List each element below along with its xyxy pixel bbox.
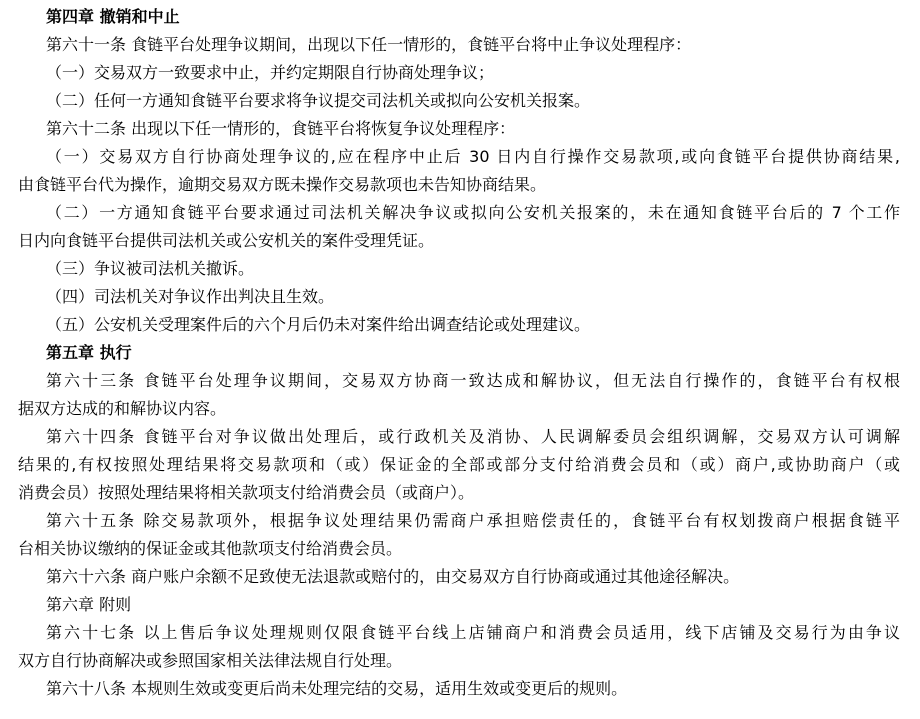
article-61: 第六十一条 食链平台处理争议期间，出现以下任一情形的，食链平台将中止争议处理程序… (46, 31, 900, 59)
chapter-6-heading: 第六章 附则 (46, 591, 900, 619)
article-63-cont: 据双方达成的和解协议内容。 (18, 395, 900, 423)
article-64-cont-1: 结果的,有权按照处理结果将交易款项和（或）保证金的全部或部分支付给消费会员和（或… (18, 451, 900, 479)
article-67-cont: 双方自行协商解决或参照国家相关法律法规自行处理。 (18, 647, 900, 675)
article-62-item-3: （三）争议被司法机关撤诉。 (46, 255, 900, 283)
article-62-item-2: （二）一方通知食链平台要求通过司法机关解决争议或拟向公安机关报案的，未在通知食链… (46, 199, 900, 227)
article-62-item-4: （四）司法机关对争议作出判决且生效。 (46, 283, 900, 311)
article-67: 第六十七条 以上售后争议处理规则仅限食链平台线上店铺商户和消费会员适用，线下店铺… (46, 619, 900, 647)
article-62-item-1: （一）交易双方自行协商处理争议的,应在程序中止后 30 日内自行操作交易款项,或… (46, 143, 900, 171)
article-63: 第六十三条 食链平台处理争议期间，交易双方协商一致达成和解协议，但无法自行操作的… (46, 367, 900, 395)
chapter-4-heading: 第四章 撤销和中止 (46, 3, 900, 31)
document-page: 第四章 撤销和中止 第六十一条 食链平台处理争议期间，出现以下任一情形的，食链平… (0, 0, 920, 719)
article-64-cont-2: 消费会员）按照处理结果将相关款项支付给消费会员（或商户）。 (18, 479, 900, 507)
article-65: 第六十五条 除交易款项外，根据争议处理结果仍需商户承担赔偿责任的，食链平台有权划… (46, 507, 900, 535)
article-62: 第六十二条 出现以下任一情形的，食链平台将恢复争议处理程序： (46, 115, 900, 143)
article-66: 第六十六条 商户账户余额不足致使无法退款或赔付的，由交易双方自行协商或通过其他途… (46, 563, 900, 591)
article-62-item-5: （五）公安机关受理案件后的六个月后仍未对案件给出调查结论或处理建议。 (46, 311, 900, 339)
chapter-5-heading: 第五章 执行 (46, 339, 900, 367)
article-61-item-2: （二）任何一方通知食链平台要求将争议提交司法机关或拟向公安机关报案。 (46, 87, 900, 115)
article-62-item-1-cont: 由食链平台代为操作，逾期交易双方既未操作交易款项也未告知协商结果。 (18, 171, 900, 199)
article-65-cont: 台相关协议缴纳的保证金或其他款项支付给消费会员。 (18, 535, 900, 563)
article-62-item-2-cont: 日内向食链平台提供司法机关或公安机关的案件受理凭证。 (18, 227, 900, 255)
article-64: 第六十四条 食链平台对争议做出处理后，或行政机关及消协、人民调解委员会组织调解，… (46, 423, 900, 451)
article-61-item-1: （一）交易双方一致要求中止，并约定期限自行协商处理争议； (46, 59, 900, 87)
article-68: 第六十八条 本规则生效或变更后尚未处理完结的交易，适用生效或变更后的规则。 (46, 675, 900, 703)
